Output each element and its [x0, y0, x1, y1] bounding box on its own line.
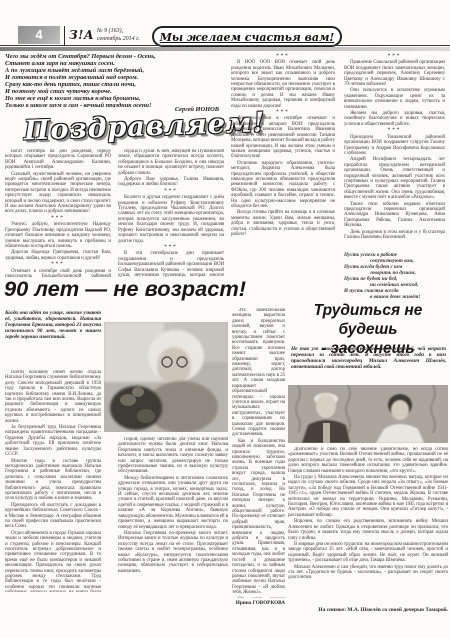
page-number: 4 — [18, 26, 60, 44]
photo-couple — [288, 385, 448, 443]
article90-author: Ирина ГОВОРКОВА — [232, 600, 285, 606]
issue-info: № 9 (163), сентябрь 2014 г. — [97, 27, 157, 43]
issue-number: № 9 (163), — [97, 28, 123, 34]
header-gray-bar — [0, 47, 450, 51]
photo-woman-portrait — [104, 322, 228, 432]
congrats-headline: Поздравляем! — [23, 108, 228, 149]
article100-photo-caption: На снимке: М.А. Шмелёв со своей дочерью … — [288, 607, 448, 613]
header-rule — [0, 45, 450, 46]
congrats-column-2: сердца и души. К ней, живущей на Пушкинс… — [118, 149, 224, 277]
article90-column-1: Почти половину своей жизни отдала Наталь… — [5, 370, 101, 592]
article90-column-3: Эта замечательная женщина вырастила двои… — [232, 308, 285, 598]
congrats-column-1: Богат сентябрь на дни рождения, череду к… — [5, 149, 111, 277]
article90-column-2: Порой, одному читателю для учёбы или нау… — [118, 437, 228, 625]
article90-headline: 90 лет — не возраст! — [4, 277, 239, 305]
article100-body: Долголетие и само по себе явление удивит… — [288, 447, 448, 605]
newspaper-page: 4 З!А № 9 (163), сентябрь 2014 г. Мы жел… — [0, 0, 450, 638]
congrats-column-3: ***В НОО ООО ВОИ отмечает свой день рожд… — [231, 53, 335, 301]
article100-headline-line1: Трудиться не будешь — [314, 302, 423, 338]
slogan-text: Мы желаем счастья вам! — [160, 31, 335, 44]
header-divider — [64, 26, 65, 45]
slogan-oval: Мы желаем счастья вам! — [152, 26, 342, 47]
poem: Чего мы ждём от Сентября? Первым делом -… — [5, 53, 224, 107]
article100-headline: Трудиться не будешь - засохнешь — [289, 301, 447, 343]
congrats-column-4: ***Правление Сокольской районной организ… — [344, 53, 445, 250]
congrats-verse: Пусть успехи в работесопутствуют вам,Пус… — [344, 252, 445, 302]
article100-lead: Не так уж много в нашем регионе долгожит… — [291, 346, 446, 384]
newspaper-logo: З!А — [69, 28, 94, 42]
issue-date: сентябрь 2014 г. — [97, 36, 140, 42]
